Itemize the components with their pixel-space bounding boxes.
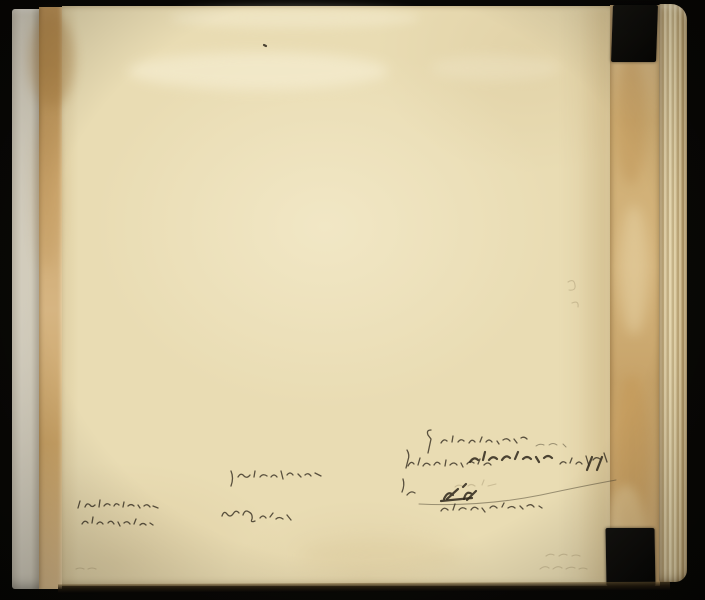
pencil-stroke [76,568,96,569]
ink-stroke [441,436,527,444]
pencil-stroke [568,281,578,307]
ink-stroke [402,479,415,495]
ink-stroke [222,511,291,522]
pencil-inscriptions [76,281,587,569]
pencil-stroke [455,480,496,487]
ink-bold-strokes [264,45,602,501]
pencil-stroke [546,554,580,556]
ink-sketch-strokes [78,430,607,526]
ink-stroke-light [536,444,566,448]
handwriting-overlay [0,0,705,600]
ink-stroke [231,471,321,486]
ink-stroke [427,430,431,453]
ink-stroke-bold [470,452,552,462]
ink-dot [264,45,266,46]
scanned-photograph [0,0,705,600]
ink-stroke [82,517,153,526]
ink-stroke [78,500,158,508]
pencil-stroke [540,567,587,569]
